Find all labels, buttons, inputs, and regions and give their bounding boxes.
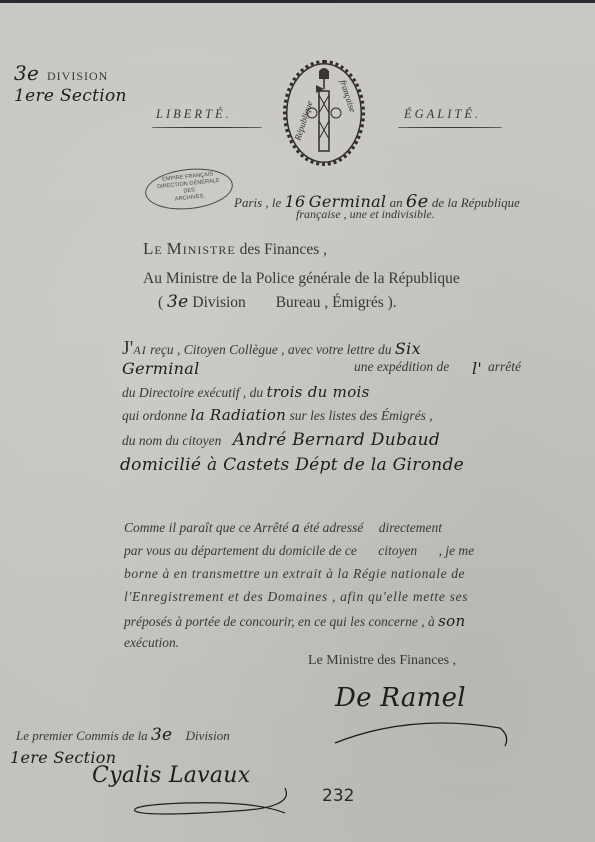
premier-commis-line: Le premier Commis de la 3e Division bbox=[16, 725, 230, 745]
minister-signature: De Ramel bbox=[335, 683, 466, 713]
signature-flourish bbox=[330, 718, 510, 748]
body-p2-line3: borne à en transmettre un extrait à la R… bbox=[124, 566, 465, 582]
motto-underline-right bbox=[398, 127, 502, 128]
body-p2-line4: l'Enregistrement et des Domaines , afin … bbox=[124, 589, 468, 605]
division-number-handwritten: 3e bbox=[14, 61, 39, 85]
motto-underline-left bbox=[152, 127, 262, 128]
archives-stamp: EMPIRE FRANÇAIS DIRECTION GÉNÉRALE DES A… bbox=[143, 165, 235, 214]
republic-seal: République française bbox=[283, 60, 365, 166]
body-p1-line3: du Directoire exécutif , du trois du moi… bbox=[122, 383, 370, 401]
premier-signature-flourish bbox=[125, 783, 295, 823]
body-p2-line6: exécution. bbox=[124, 635, 179, 651]
body-p2-line5: préposés à portée de concourir, en ce qu… bbox=[124, 612, 465, 630]
motto-egalite: ÉGALITÉ. bbox=[404, 107, 481, 122]
fasces-liberty-cap-icon: République française bbox=[286, 63, 362, 163]
body-p2-line2: par vous au département du domicile de c… bbox=[124, 543, 474, 559]
archive-folio-number: 232 bbox=[322, 786, 354, 806]
recipient-line: Au Ministre de la Police générale de la … bbox=[143, 270, 460, 288]
body-p1-line5: du nom du citoyen André Bernard Dubaud bbox=[122, 430, 440, 450]
division-label: DIVISION bbox=[47, 69, 108, 84]
citizen-domicile-handwritten: domicilié à Castets Dépt de la Gironde bbox=[120, 455, 464, 475]
body-p1-line2: Germinal une expédition de l' arrêté bbox=[122, 359, 552, 378]
citizen-name-handwritten: André Bernard Dubaud bbox=[233, 430, 440, 450]
motto-liberte: LIBERTÉ. bbox=[156, 107, 232, 122]
letter-page: 3e DIVISION 1ere Section LIBERTÉ. ÉGALIT… bbox=[0, 3, 595, 842]
section-handwritten: 1ere Section bbox=[14, 86, 127, 106]
body-p1-line4: qui ordonne la Radiation sur les listes … bbox=[122, 406, 433, 424]
recipient-division: ( 3e Division Bureau , Émigrés ). bbox=[158, 292, 397, 312]
sender-heading: Le Ministre des Finances , bbox=[143, 239, 327, 259]
minister-title: Le Ministre des Finances , bbox=[308, 653, 456, 669]
dateline-second: française , une et indivisible. bbox=[296, 207, 435, 222]
svg-text:française: française bbox=[338, 79, 358, 114]
svg-text:République: République bbox=[292, 100, 314, 143]
body-p2-line1: Comme il paraît que ce Arrêté a été adre… bbox=[124, 520, 442, 536]
body-p1-line1: J'AI reçu , Citoyen Collègue , avec votr… bbox=[122, 337, 421, 360]
